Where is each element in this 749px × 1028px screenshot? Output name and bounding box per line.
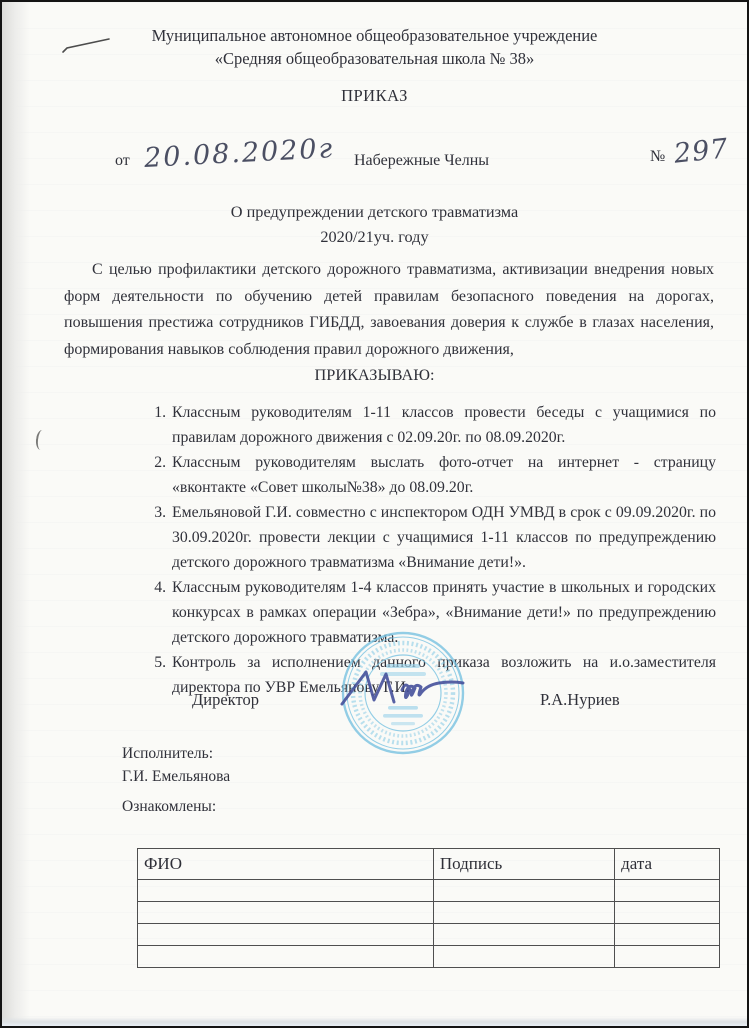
table-cell	[138, 880, 434, 902]
org-name-line1: Муниципальное автономное общеобразовател…	[2, 24, 747, 47]
order-keyword: ПРИКАЗЫВАЮ:	[2, 365, 747, 385]
executor-block: Исполнитель: Г.И. Емельянова	[122, 742, 230, 788]
preamble-paragraph: С целью профилактики детского дорожного …	[64, 257, 714, 363]
order-item-2: Классным руководителям выслать фото-отче…	[170, 450, 716, 500]
table-cell	[433, 902, 614, 924]
date-prefix-label: от	[115, 152, 130, 170]
pen-bracket-mark	[35, 429, 48, 450]
handwritten-doc-number: 297	[673, 133, 730, 170]
table-cell	[433, 880, 614, 902]
doc-type-title: ПРИКАЗ	[2, 86, 747, 106]
director-label: Директор	[192, 690, 259, 710]
table-header-row: ФИО Подпись дата	[138, 849, 720, 880]
table-row	[138, 924, 720, 946]
table-row	[138, 902, 720, 924]
subject-line2: 2020/21уч. году	[2, 224, 747, 249]
executor-label: Исполнитель:	[122, 742, 230, 765]
subject-line1: О предупреждении детского травматизма	[2, 199, 747, 224]
order-item-3: Емельяновой Г.И. совместно с инспектором…	[170, 500, 716, 575]
order-item-1: Классным руководителям 1-11 классов пров…	[170, 400, 716, 450]
table-cell	[615, 902, 720, 924]
table-row	[138, 946, 720, 968]
table-cell	[138, 946, 434, 968]
table-cell	[615, 880, 720, 902]
table-cell	[615, 924, 720, 946]
table-cell	[615, 946, 720, 968]
table-header-fio: ФИО	[138, 849, 434, 880]
table-cell	[433, 924, 614, 946]
meta-row: от 20.08.2020г Набережные Челны № 297	[2, 136, 747, 184]
scanned-order-document: Муниципальное автономное общеобразовател…	[0, 0, 749, 1028]
table-row	[138, 880, 720, 902]
acknowledged-label: Ознакомлены:	[122, 798, 216, 816]
director-name: Р.А.Нуриев	[540, 690, 620, 710]
handwritten-date: 20.08.2020г	[143, 133, 335, 174]
city-name: Набережные Челны	[354, 152, 489, 170]
table-header-date: дата	[615, 849, 720, 880]
subject-heading: О предупреждении детского травматизма 20…	[2, 199, 747, 249]
scan-bottom-edge-shadow	[2, 1017, 747, 1026]
org-name-line2: «Средняя общеобразовательная школа № 38»	[2, 47, 747, 70]
signatories-table: ФИО Подпись дата	[137, 848, 720, 968]
table-header-signature: Подпись	[433, 849, 614, 880]
executor-name: Г.И. Емельянова	[122, 765, 230, 788]
org-header: Муниципальное автономное общеобразовател…	[2, 24, 747, 70]
table-cell	[433, 946, 614, 968]
table-cell	[138, 924, 434, 946]
doc-number-prefix: №	[650, 148, 665, 166]
director-signature-icon	[336, 652, 496, 722]
table-cell	[138, 902, 434, 924]
